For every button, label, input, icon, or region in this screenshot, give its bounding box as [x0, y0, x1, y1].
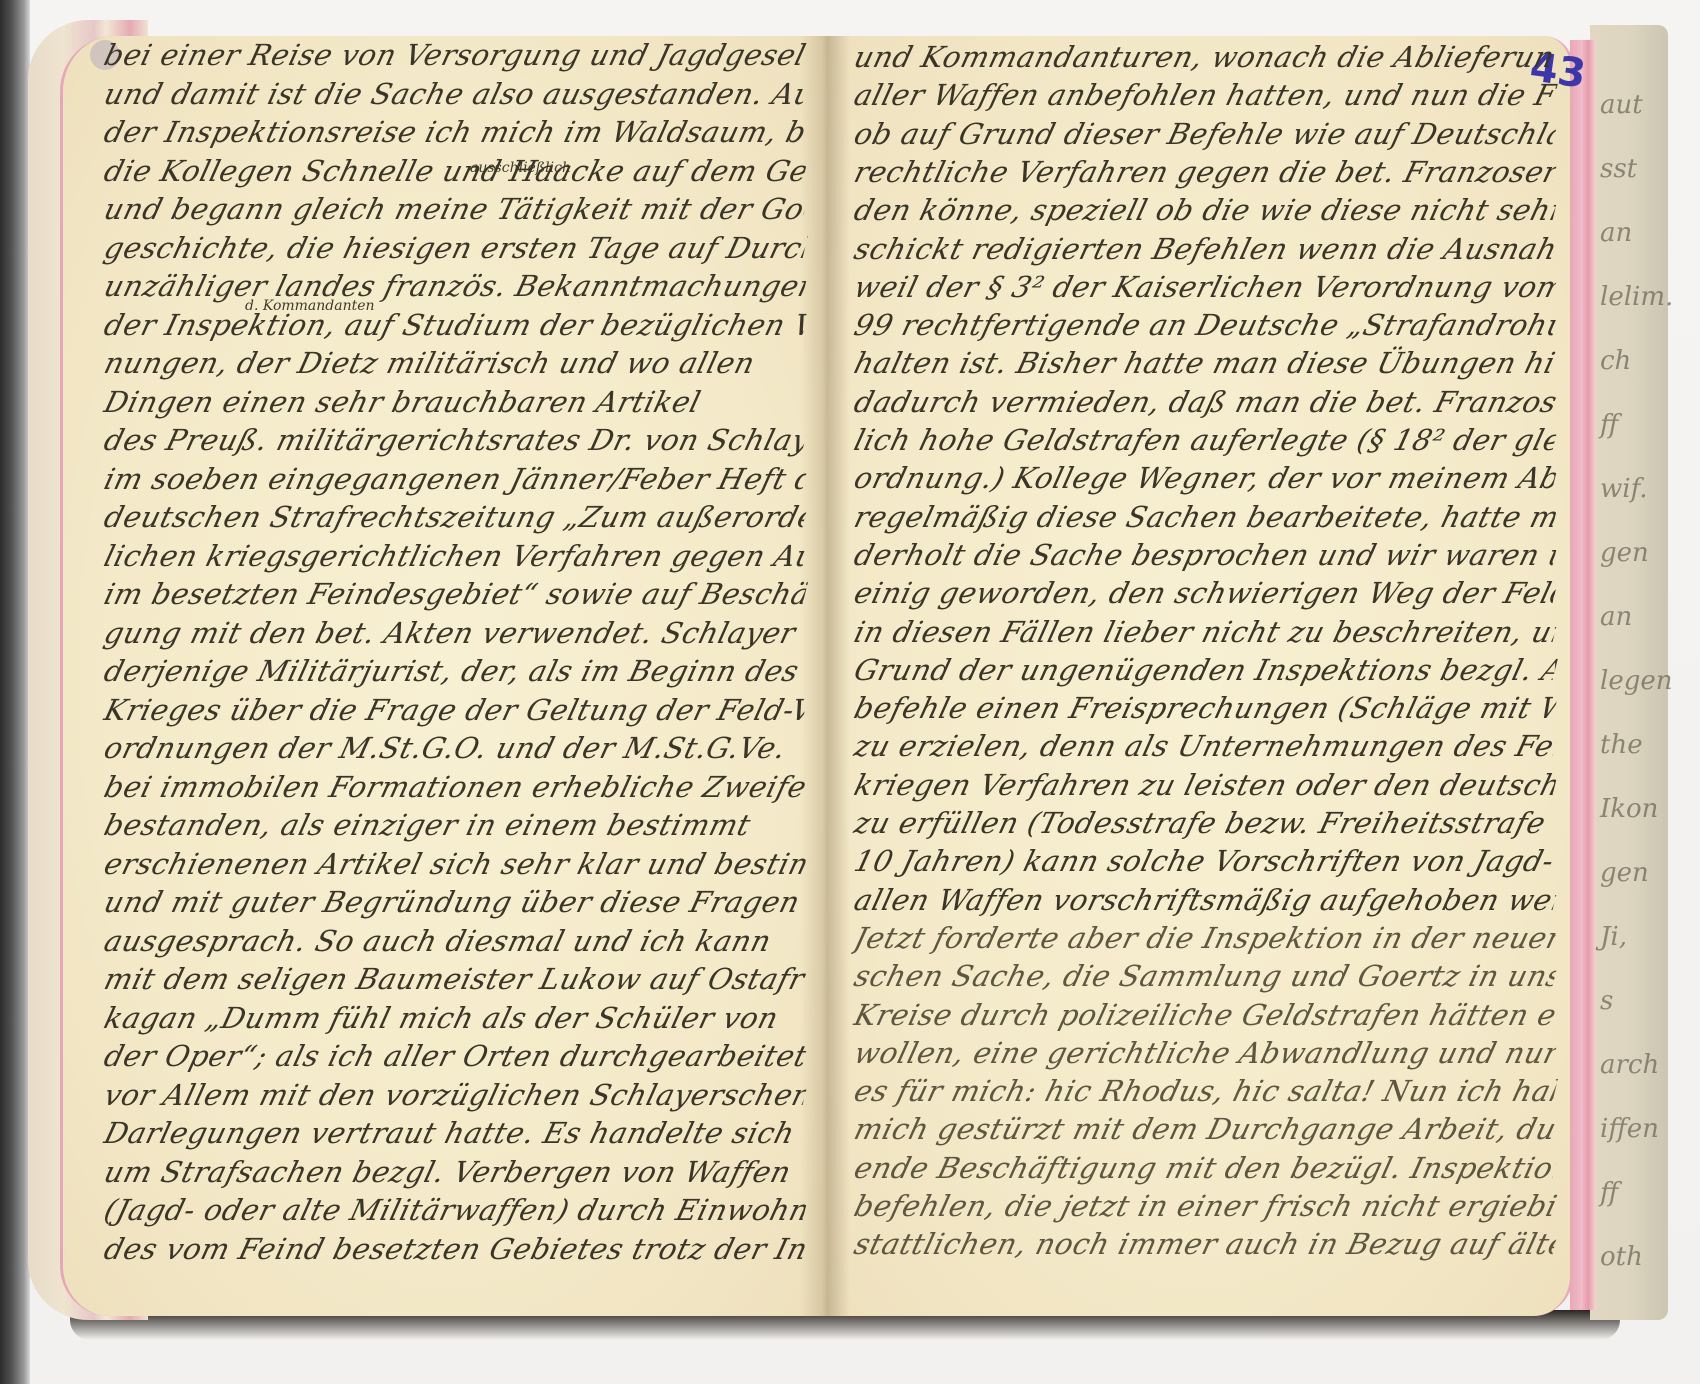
handwritten-line: befehlen, die jetzt in einer frisch nich…: [851, 1189, 1559, 1223]
bleed-through-text: iffen: [1600, 1114, 1659, 1144]
handwritten-line: lich hohe Geldstrafen auferlegte (§ 18² …: [851, 423, 1559, 457]
handwritten-line: nungen, der Dietz militärisch und wo all…: [101, 346, 809, 380]
handwritten-line: Dingen einen sehr brauchbaren Artikel: [101, 385, 809, 419]
handwritten-line: lichen kriegsgerichtlichen Verfahren geg…: [101, 539, 809, 573]
handwritten-line: befehle einen Freisprechungen (Schläge m…: [851, 691, 1559, 725]
bleed-through-text: the: [1600, 730, 1643, 760]
bleed-through-text: Ji,: [1600, 922, 1627, 952]
bleed-through-text: lelim.: [1600, 282, 1673, 312]
handwritten-line: schickt redigierten Befehlen wenn die Au…: [851, 232, 1559, 266]
bleed-through-text: aut: [1600, 90, 1643, 120]
bleed-through-text: s: [1600, 986, 1613, 1016]
bleed-through-text: wif.: [1600, 474, 1648, 504]
handwritten-line: gung mit den bet. Akten verwendet. Schla…: [101, 616, 809, 650]
handwritten-line: ordnung.) Kollege Wegner, der vor meinem…: [851, 461, 1559, 495]
handwritten-line: kagan „Dumm fühl mich als der Schüler vo…: [101, 1001, 809, 1035]
bleed-through-text: oth: [1600, 1242, 1643, 1272]
handwritten-line: aller Waffen anbefohlen hatten, und nun …: [851, 78, 1559, 112]
handwritten-line: ordnungen der M.St.G.O. und der M.St.G.V…: [101, 731, 809, 765]
handwritten-line: es für mich: hic Rhodus, hic salta! Nun …: [851, 1074, 1559, 1108]
handwritten-line: Grund der ungenügenden Inspektions bezgl…: [851, 653, 1559, 687]
handwritten-line: des Preuß. militärgerichtsrates Dr. von …: [101, 423, 809, 457]
handwritten-line: bestanden, als einziger in einem bestimm…: [101, 808, 809, 842]
handwritten-line: regelmäßig diese Sachen bearbeitete, hat…: [851, 500, 1559, 534]
handwritten-line: und mit guter Begründung über diese Frag…: [101, 885, 809, 919]
handwritten-line: um Strafsachen bezgl. Verbergen von Waff…: [101, 1155, 809, 1189]
handwritten-line: vor Allem mit den vorzüglichen Schlayers…: [101, 1078, 809, 1112]
handwritten-line: (Jagd- oder alte Militärwaffen) durch Ei…: [101, 1193, 809, 1227]
handwritten-line: stattlichen, noch immer auch in Bezug au…: [851, 1227, 1559, 1261]
handwritten-line: rechtliche Verfahren gegen die bet. Fran…: [851, 155, 1559, 189]
bleed-through-text: an: [1600, 218, 1632, 248]
scanner-edge: [0, 0, 30, 1384]
handwritten-line: derjenige Militärjurist, der, als im Beg…: [101, 654, 809, 688]
handwritten-line: deutschen Strafrechtszeitung „Zum außero…: [101, 500, 809, 534]
bleed-through-text: Ikon: [1600, 794, 1658, 824]
bleed-through-text: gen: [1600, 538, 1649, 568]
handwritten-line: ob auf Grund dieser Befehle wie auf Deut…: [851, 117, 1559, 151]
bleed-through-text: ff: [1600, 410, 1618, 440]
handwritten-line: bei immobilen Formationen erhebliche Zwe…: [101, 770, 809, 804]
handwritten-line: halten ist. Bisher hatte man diese Übung…: [851, 346, 1559, 380]
handwritten-line: Krieges über die Frage der Geltung der F…: [101, 693, 809, 727]
handwritten-line: einig geworden, den schwierigen Weg der …: [851, 576, 1559, 610]
bleed-through-text: gen: [1600, 858, 1649, 888]
handwritten-line: Darlegungen vertraut hatte. Es handelte …: [101, 1116, 809, 1150]
handwritten-line: im soeben eingegangenen Jänner/Feber Hef…: [101, 462, 809, 496]
bleed-through-text: ch: [1600, 346, 1631, 376]
handwritten-line: zu erzielen, denn als Unternehmungen des…: [851, 729, 1559, 763]
handwritten-line: den könne, speziell ob die wie diese nic…: [851, 193, 1559, 227]
handwritten-line: im besetzten Feindesgebiet“ sowie auf Be…: [101, 577, 809, 611]
handwritten-line: Kreise durch polizeiliche Geldstrafen hä…: [851, 998, 1559, 1032]
handwritten-line: Jetzt forderte aber die Inspektion in de…: [851, 921, 1559, 955]
bleed-through-text: sst: [1600, 154, 1637, 184]
right-pink-page-edges: [1570, 40, 1596, 1310]
book-gutter: [800, 36, 850, 1316]
handwritten-line: der Inspektion, auf Studium der bezüglic…: [101, 308, 809, 342]
bleed-through-text: an: [1600, 602, 1632, 632]
handwritten-line: bei einer Reise von Versorgung und Jagdg…: [101, 38, 809, 72]
handwritten-line: des vom Feind besetzten Gebietes trotz d…: [101, 1232, 809, 1266]
handwritten-line: dadurch vermieden, daß man die bet. Fran…: [851, 385, 1559, 419]
bleed-through-text: ff: [1600, 1178, 1618, 1208]
handwritten-line: mit dem seligen Baumeister Lukow auf Ost…: [101, 962, 809, 996]
handwritten-line: schen Sache, die Sammlung und Goertz in …: [851, 959, 1559, 993]
handwritten-line: und Kommandanturen, wonach die Ablieferu…: [851, 40, 1559, 74]
bleed-through-text: arch: [1600, 1050, 1659, 1080]
handwritten-line: ende Beschäftigung mit den bezügl. Inspe…: [851, 1151, 1559, 1185]
handwritten-line: zu erfüllen (Todesstrafe bezw. Freiheits…: [851, 806, 1559, 840]
handwritten-line: kriegen Verfahren zu leisten oder den de…: [851, 768, 1559, 802]
handwritten-line: wollen, eine gerichtliche Abwandlung und…: [851, 1036, 1559, 1070]
handwritten-line: unzähliger landes französ. Bekanntmachun…: [101, 269, 809, 303]
handwritten-line: derholt die Sache besprochen und wir war…: [851, 538, 1559, 572]
handwritten-line: und damit ist die Sache also ausgestande…: [101, 77, 809, 111]
handwritten-line: ausgesprach. So auch diesmal und ich kan…: [101, 924, 809, 958]
handwritten-line: erschienenen Artikel sich sehr klar und …: [101, 847, 809, 881]
handwritten-line: die Kollegen Schnelle und Haacke auf dem…: [101, 154, 809, 188]
handwritten-line: geschichte, die hiesigen ersten Tage auf…: [101, 231, 809, 265]
handwritten-line: 10 Jahren) kann solche Vorschriften von …: [851, 844, 1559, 878]
handwritten-line: und begann gleich meine Tätigkeit mit de…: [101, 192, 809, 226]
handwritten-line: mich gestürzt mit dem Durchgange Arbeit,…: [851, 1112, 1559, 1146]
handwritten-line: weil der § 3² der Kaiserlichen Verordnun…: [851, 270, 1559, 304]
bleed-through-text: legen: [1600, 666, 1672, 696]
handwritten-line: allen Waffen vorschriftsmäßig aufgehoben…: [851, 883, 1559, 917]
handwritten-line: der Oper“; als ich aller Orten durchgear…: [101, 1039, 809, 1073]
handwritten-line: in diesen Fällen lieber nicht zu beschre…: [851, 615, 1559, 649]
handwritten-line: 99 rechtfertigende an Deutsche „Strafand…: [851, 308, 1559, 342]
handwritten-line: der Inspektionsreise ich mich im Waldsau…: [101, 115, 809, 149]
